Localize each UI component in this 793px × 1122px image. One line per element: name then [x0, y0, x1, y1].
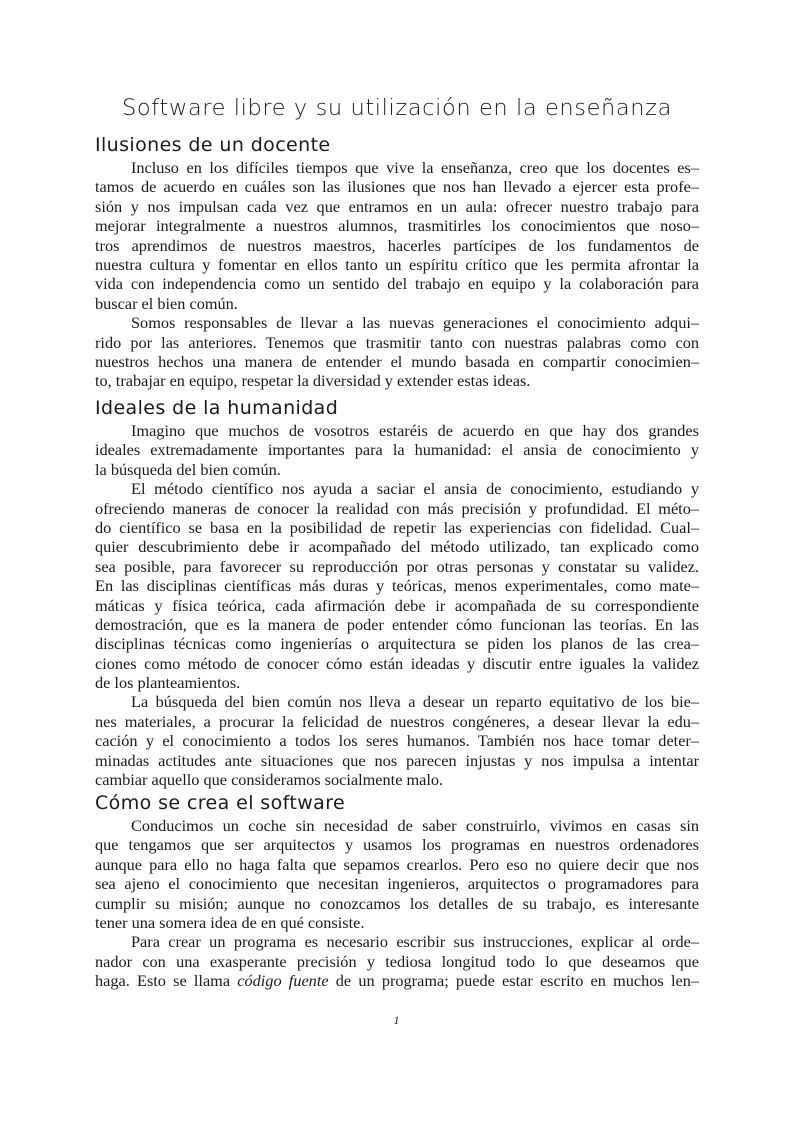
- page-number: 1: [0, 1013, 793, 1028]
- text-line: do científico se basa en la posibilidad …: [95, 518, 699, 537]
- text-line: Conducimos un coche sin necesidad de sab…: [95, 816, 699, 835]
- text-line: Imagino que muchos de vosotros estaréis …: [95, 421, 699, 440]
- text-line: disciplinas técnicas como ingenierías o …: [95, 634, 699, 653]
- text-line: sión y nos impulsan cada vez que entramo…: [95, 197, 699, 216]
- text-line: tamos de acuerdo en cuáles son las ilusi…: [95, 177, 699, 196]
- text-line: que tengamos que ser arquitectos y usamo…: [95, 835, 699, 854]
- text-line: cación y el conocimiento a todos los ser…: [95, 731, 699, 750]
- text-line: rido por las anteriores. Tenemos que tra…: [95, 333, 699, 352]
- text-line: ciones como método de conocer cómo están…: [95, 654, 699, 673]
- text-line: tener una somera idea de en qué consiste…: [95, 913, 699, 932]
- text-line: to, trabajar en equipo, respetar la dive…: [95, 371, 699, 390]
- text-line: haga. Esto se llama código fuente de un …: [95, 971, 699, 990]
- text-line: nuestros hechos una manera de entender e…: [95, 352, 699, 371]
- text-run: haga. Esto se llama: [95, 971, 237, 990]
- section-ideales: Ideales de la humanidad Imagino que much…: [95, 395, 699, 789]
- text-line: cambiar aquello que consideramos socialm…: [95, 770, 699, 789]
- text-line: quier descubrimiento debe ir acompañado …: [95, 537, 699, 556]
- text-line: vida con independencia como un sentido d…: [95, 274, 699, 293]
- text-line: ofreciendo maneras de conocer la realida…: [95, 499, 699, 518]
- text-line: buscar el bien común.: [95, 294, 699, 313]
- text-line: máticas y física teórica, cada afirmació…: [95, 596, 699, 615]
- text-line: tros aprendimos de nuestros maestros, ha…: [95, 236, 699, 255]
- paragraph: Para crear un programa es necesario escr…: [95, 932, 699, 990]
- text-line: cumplir su misión; aunque no conozcamos …: [95, 894, 699, 913]
- section-ilusiones: Ilusiones de un docente Incluso en los d…: [95, 132, 699, 391]
- text-line: sea ajeno el conocimiento que necesitan …: [95, 874, 699, 893]
- text-line: nuestra cultura y fomentar en ellos tant…: [95, 255, 699, 274]
- text-run: de un programa; puede estar escrito en m…: [329, 971, 699, 990]
- text-line: Somos responsables de llevar a las nueva…: [95, 313, 699, 332]
- text-line: El método científico nos ayuda a saciar …: [95, 479, 699, 498]
- text-line: Incluso en los difíciles tiempos que viv…: [95, 158, 699, 177]
- section-heading: Cómo se crea el software: [95, 790, 699, 816]
- text-line: minadas actitudes ante situaciones que n…: [95, 751, 699, 770]
- text-line: nes materiales, a procurar la felicidad …: [95, 712, 699, 731]
- text-line: de los planteamientos.: [95, 673, 699, 692]
- section-como-se-crea: Cómo se crea el software Conducimos un c…: [95, 790, 699, 991]
- text-line: En las disciplinas científicas más duras…: [95, 576, 699, 595]
- paragraph: Imagino que muchos de vosotros estaréis …: [95, 421, 699, 479]
- text-line: nador con una exasperante precisión y te…: [95, 952, 699, 971]
- text-line: La búsqueda del bien común nos lleva a d…: [95, 692, 699, 711]
- text-line: demostración, que es la manera de poder …: [95, 615, 699, 634]
- text-line: la búsqueda del bien común.: [95, 460, 699, 479]
- text-line: sea posible, para favorecer su reproducc…: [95, 557, 699, 576]
- text-line: ideales extremadamente importantes para …: [95, 440, 699, 459]
- text-line: Para crear un programa es necesario escr…: [95, 932, 699, 951]
- paragraph: Incluso en los difíciles tiempos que viv…: [95, 158, 699, 313]
- document-title: Software libre y su utilización en la en…: [95, 93, 699, 123]
- section-heading: Ideales de la humanidad: [95, 395, 699, 421]
- paragraph: La búsqueda del bien común nos lleva a d…: [95, 692, 699, 789]
- emphasized-term: código fuente: [237, 971, 328, 990]
- paragraph: Conducimos un coche sin necesidad de sab…: [95, 816, 699, 932]
- text-line: mejorar integralmente a nuestros alumnos…: [95, 216, 699, 235]
- paragraph: Somos responsables de llevar a las nueva…: [95, 313, 699, 391]
- section-heading: Ilusiones de un docente: [95, 132, 699, 158]
- paragraph: El método científico nos ayuda a saciar …: [95, 479, 699, 692]
- text-line: aunque para ello no haga falta que sepam…: [95, 855, 699, 874]
